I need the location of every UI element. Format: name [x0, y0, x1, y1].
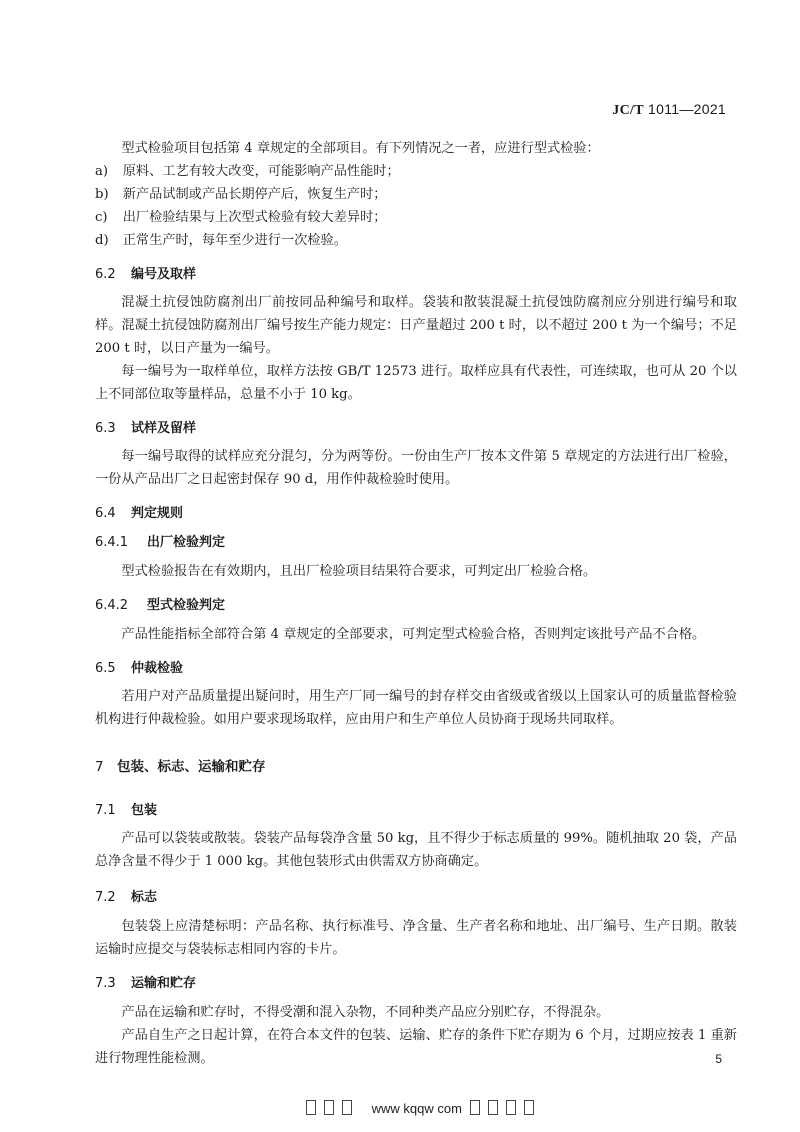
section-heading-6-5: 6.5仲裁检验 [95, 657, 737, 680]
section-heading-7-2: 7.2标志 [95, 886, 737, 909]
list-text: 原料、工艺有较大改变，可能影响产品性能时； [123, 164, 400, 179]
document-standard-code: JC/T 1011—2021 [612, 101, 726, 119]
section-6-4-2-paragraph-1: 产品性能指标全部符合第 4 章规定的全部要求，可判定型式检验合格，否则判定该批号… [95, 623, 737, 646]
list-marker: b) [95, 183, 121, 206]
section-title: 试样及留样 [131, 421, 196, 436]
section-title: 型式检验判定 [147, 598, 225, 613]
section-number: 6.5 [95, 657, 131, 680]
section-title: 包装 [131, 803, 157, 818]
section-heading-6-4: 6.4判定规则 [95, 502, 737, 525]
missing-glyph-icon [306, 1100, 316, 1115]
section-title: 出厂检验判定 [147, 535, 225, 550]
section-6-5-paragraph-1: 若用户对产品质量提出疑问时，用生产厂同一编号的封存样交由省级或省级以上国家认可的… [95, 685, 737, 731]
section-6-4-1-paragraph-1: 型式检验报告在有效期内，且出厂检验项目结果符合要求，可判定出厂检验合格。 [95, 560, 737, 583]
standard-number: 1011—2021 [648, 101, 726, 117]
section-title: 编号及取样 [131, 267, 196, 282]
intro-paragraph: 型式检验项目包括第 4 章规定的全部项目。有下列情况之一者，应进行型式检验： [95, 137, 737, 160]
list-text: 新产品试制或产品长期停产后，恢复生产时； [123, 187, 387, 202]
missing-glyph-icon [488, 1100, 498, 1115]
list-item: a)原料、工艺有较大改变，可能影响产品性能时； [95, 160, 737, 183]
page-number: 5 [715, 1052, 722, 1066]
inspection-conditions-list: a)原料、工艺有较大改变，可能影响产品性能时； b)新产品试制或产品长期停产后，… [95, 160, 737, 252]
section-heading-6-4-1: 6.4.1出厂检验判定 [95, 531, 737, 554]
section-heading-7-3: 7.3运输和贮存 [95, 972, 737, 995]
section-7-2-paragraph-1: 包装袋上应清楚标明：产品名称、执行标准号、净含量、生产者名称和地址、出厂编号、生… [95, 915, 737, 961]
section-number: 7.2 [95, 886, 131, 909]
section-heading-7-1: 7.1包装 [95, 799, 737, 822]
missing-glyph-icon [524, 1100, 534, 1115]
section-title: 仲裁检验 [131, 661, 183, 676]
list-text: 正常生产时，每年至少进行一次检验。 [123, 233, 347, 248]
section-number: 6.4.1 [95, 531, 147, 554]
chapter-number: 7 [95, 756, 117, 779]
section-heading-6-4-2: 6.4.2型式检验判定 [95, 594, 737, 617]
list-item: d)正常生产时，每年至少进行一次检验。 [95, 229, 737, 252]
section-heading-6-2: 6.2编号及取样 [95, 263, 737, 286]
section-7-3-paragraph-1: 产品在运输和贮存时，不得受潮和混入杂物，不同种类产品应分别贮存，不得混杂。 [95, 1001, 737, 1024]
chapter-title: 包装、标志、运输和贮存 [117, 759, 266, 775]
section-title: 判定规则 [131, 506, 183, 521]
document-body: 型式检验项目包括第 4 章规定的全部项目。有下列情况之一者，应进行型式检验： a… [95, 137, 737, 1070]
section-number: 6.4 [95, 502, 131, 525]
missing-glyph-icon [470, 1100, 480, 1115]
section-title: 运输和贮存 [131, 976, 196, 991]
section-7-3-paragraph-2: 产品自生产之日起计算，在符合本文件的包装、运输、贮存的条件下贮存期为 6 个月，… [95, 1024, 737, 1070]
watermark-footer: www kqqw com [0, 1100, 800, 1116]
footer-url: www kqqw com [372, 1101, 462, 1116]
section-6-2-paragraph-1: 混凝土抗侵蚀防腐剂出厂前按同品种编号和取样。袋装和散装混凝土抗侵蚀防腐剂应分别进… [95, 291, 737, 360]
section-number: 6.2 [95, 263, 131, 286]
section-number: 7.1 [95, 799, 131, 822]
section-heading-6-3: 6.3试样及留样 [95, 417, 737, 440]
chapter-heading-7: 7包装、标志、运输和贮存 [95, 756, 737, 779]
missing-glyph-icon [324, 1100, 334, 1115]
missing-glyph-icon [342, 1100, 352, 1115]
standard-prefix: JC/T [612, 103, 644, 118]
missing-glyph-icon [506, 1100, 516, 1115]
section-6-3-paragraph-1: 每一编号取得的试样应充分混匀，分为两等份。一份由生产厂按本文件第 5 章规定的方… [95, 445, 737, 491]
list-marker: d) [95, 229, 121, 252]
list-marker: c) [95, 206, 121, 229]
list-marker: a) [95, 160, 121, 183]
section-title: 标志 [131, 890, 157, 905]
section-7-1-paragraph-1: 产品可以袋装或散装。袋装产品每袋净含量 50 kg，且不得少于标志质量的 99%… [95, 827, 737, 873]
section-number: 6.3 [95, 417, 131, 440]
list-item: c)出厂检验结果与上次型式检验有较大差异时； [95, 206, 737, 229]
section-number: 6.4.2 [95, 594, 147, 617]
section-6-2-paragraph-2: 每一编号为一取样单位，取样方法按 GB/T 12573 进行。取样应具有代表性，… [95, 360, 737, 406]
list-item: b)新产品试制或产品长期停产后，恢复生产时； [95, 183, 737, 206]
list-text: 出厂检验结果与上次型式检验有较大差异时； [123, 210, 387, 225]
section-number: 7.3 [95, 972, 131, 995]
